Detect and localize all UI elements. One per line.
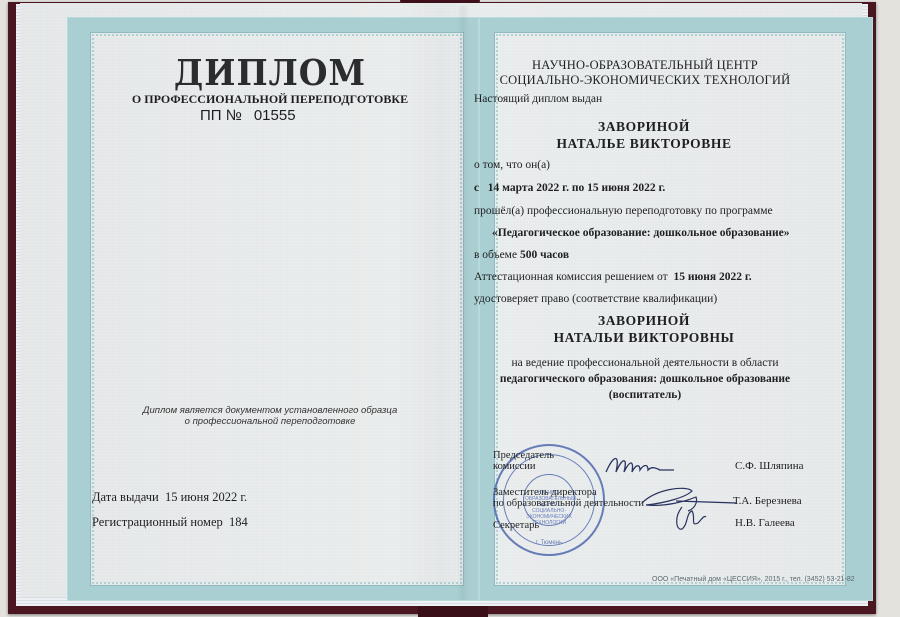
legal-note: Диплом является документом установленног… bbox=[120, 405, 420, 427]
activity-area: педагогического образования: дошкольное … bbox=[480, 371, 810, 387]
role-line1: Заместитель директора bbox=[493, 487, 644, 498]
signature-role-deputy: Заместитель директора по образовательной… bbox=[493, 487, 644, 509]
recipient-dative-surname: ЗАВОРИНОЙ bbox=[484, 118, 804, 135]
diploma-subtitle: О ПРОФЕССИОНАЛЬНОЙ ПЕРЕПОДГОТОВКЕ bbox=[100, 93, 440, 105]
certifies-label: удостоверяет право (соответствие квалифи… bbox=[474, 294, 717, 306]
stamp-city: г. Тюмень bbox=[495, 540, 603, 546]
signature-role-secretary: Секретарь bbox=[493, 520, 539, 531]
role-line1: Секретарь bbox=[493, 520, 539, 531]
signature-chairman-icon bbox=[600, 450, 710, 480]
signature-role-chairman: Председатель комиссии bbox=[493, 450, 554, 472]
issue-date-value: 15 июня 2022 г. bbox=[165, 490, 247, 504]
volume-row: в объеме 500 часов bbox=[474, 250, 569, 262]
commission-label: Аттестационная комиссия решением от bbox=[474, 271, 668, 283]
recipient-dative-name: НАТАЛЬЕ ВИКТОРОВНЕ bbox=[484, 135, 804, 152]
volume-value: 500 часов bbox=[520, 249, 569, 261]
series-label: ПП № bbox=[200, 107, 242, 124]
issued-to-label: Настоящий диплом выдан bbox=[474, 94, 602, 106]
qualification-block: на ведение профессиональной деятельности… bbox=[480, 355, 810, 403]
diploma-number: 01555 bbox=[254, 107, 296, 124]
qualification: (воспитатель) bbox=[480, 387, 810, 403]
activity-label: на ведение профессиональной деятельности… bbox=[480, 355, 810, 371]
role-line1: Председатель bbox=[493, 450, 554, 461]
commission-row: Аттестационная комиссия решением от 15 и… bbox=[474, 272, 752, 284]
commission-date: 15 июня 2022 г. bbox=[673, 271, 751, 283]
recipient-dative: ЗАВОРИНОЙ НАТАЛЬЕ ВИКТОРОВНЕ bbox=[484, 118, 804, 152]
completed-label: прошёл(а) профессиональную переподготовк… bbox=[474, 206, 773, 218]
recipient-genitive-surname: ЗАВОРИНОЙ bbox=[484, 312, 804, 329]
spine-fold bbox=[457, 6, 469, 600]
issue-date-row: Дата выдачи 15 июня 2022 г. bbox=[92, 491, 247, 504]
organization-line1: НАУЧНО-ОБРАЗОВАТЕЛЬНЫЙ ЦЕНТР bbox=[485, 58, 805, 73]
signer-name-chairman: С.Ф. Шляпина bbox=[735, 460, 803, 472]
registration-number-label: Регистрационный номер bbox=[92, 515, 223, 529]
volume-label: в объеме bbox=[474, 249, 517, 261]
diploma-title: ДИПЛОМ bbox=[150, 55, 390, 91]
organization-name: НАУЧНО-ОБРАЗОВАТЕЛЬНЫЙ ЦЕНТР СОЦИАЛЬНО-Э… bbox=[485, 58, 805, 88]
legal-note-line1: Диплом является документом установленног… bbox=[120, 405, 420, 416]
program-name: «Педагогическое образование: дошкольное … bbox=[492, 228, 789, 240]
organization-line2: СОЦИАЛЬНО-ЭКОНОМИЧЕСКИХ ТЕХНОЛОГИЙ bbox=[485, 73, 805, 88]
issue-date-label: Дата выдачи bbox=[92, 490, 159, 504]
registration-number-row: Регистрационный номер 184 bbox=[92, 516, 248, 529]
printer-imprint: ООО «Печатный дом «ЦЕССИЯ», 2015 г., тел… bbox=[652, 576, 855, 583]
recipient-genitive: ЗАВОРИНОЙ НАТАЛЬИ ВИКТОРОВНЫ bbox=[484, 312, 804, 346]
recipient-genitive-name: НАТАЛЬИ ВИКТОРОВНЫ bbox=[484, 329, 804, 346]
role-line2: комиссии bbox=[493, 461, 554, 472]
diploma-number-row: ПП №01555 bbox=[200, 108, 340, 123]
signature-secretary-icon bbox=[668, 503, 718, 538]
role-line2: по образовательной деятельности bbox=[493, 498, 644, 509]
study-period-row: с 14 марта 2022 г. по 15 июня 2022 г. bbox=[474, 183, 665, 195]
that-label: о том, что он(а) bbox=[474, 160, 550, 172]
legal-note-line2: о профессиональной переподготовке bbox=[120, 416, 420, 427]
period-prefix: с bbox=[474, 182, 479, 194]
registration-number-value: 184 bbox=[229, 515, 248, 529]
study-period: 14 марта 2022 г. по 15 июня 2022 г. bbox=[488, 182, 666, 194]
